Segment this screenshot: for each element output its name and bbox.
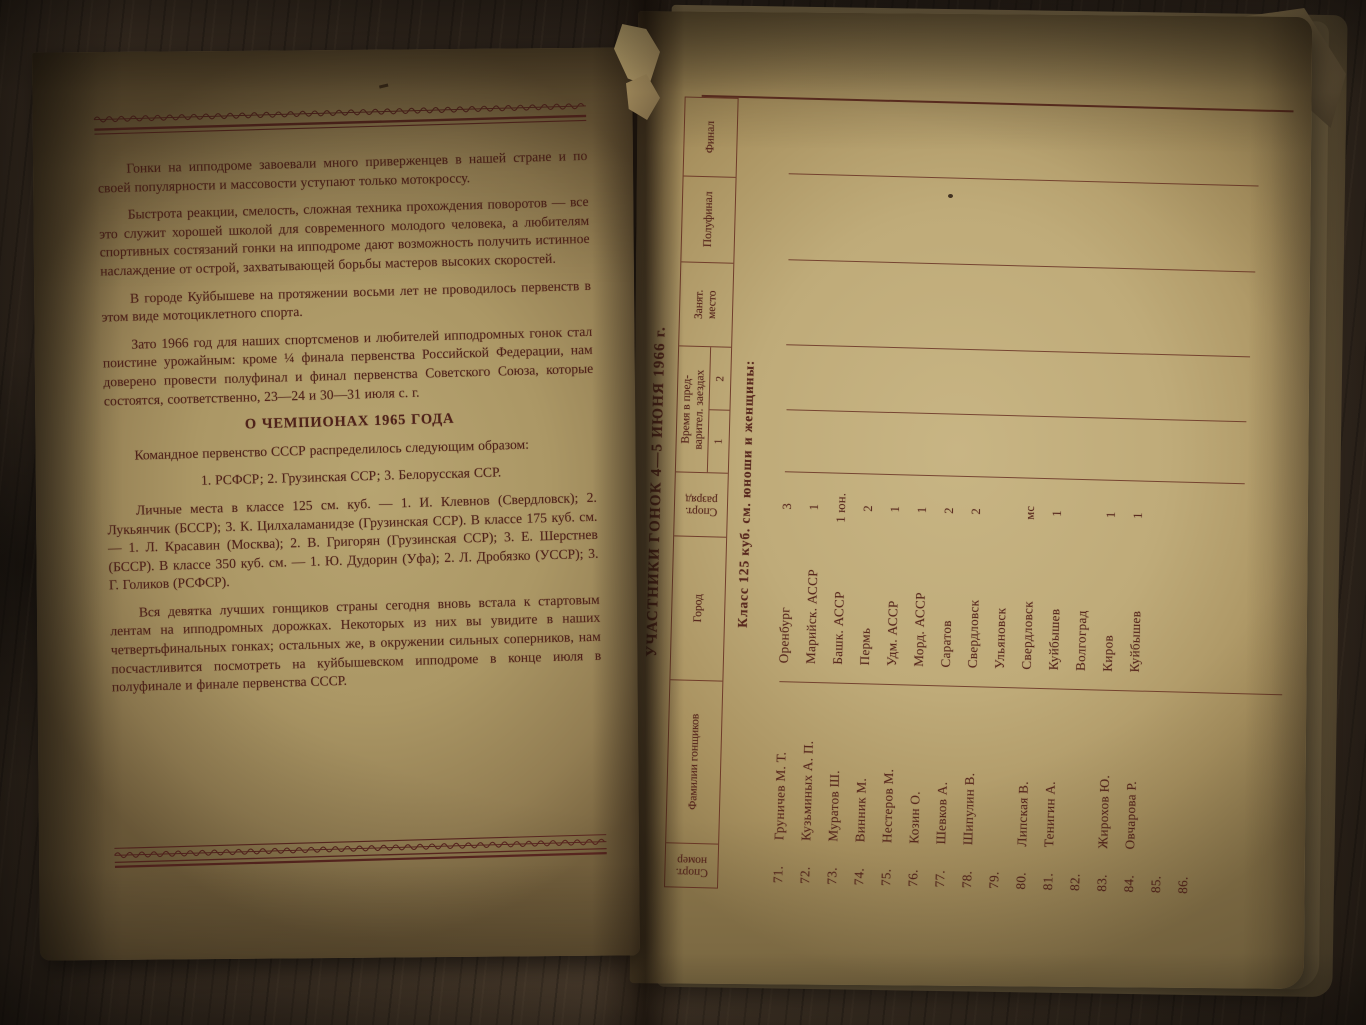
racer-name: Шипулин В.: [960, 687, 980, 851]
racer-rank: [1192, 485, 1194, 549]
racer-rank: 1: [914, 478, 931, 542]
racer-city: Пермь: [856, 540, 876, 684]
col-header-name-label: Фамилии гонщиков: [687, 714, 702, 810]
racer-name: Липская В.: [1014, 688, 1034, 852]
sport-number: 80.: [1012, 852, 1029, 896]
paragraph: Командное первенство СССР распределилось…: [105, 434, 595, 466]
paragraph: Быстрота реакции, смелость, сложная техн…: [98, 193, 590, 281]
col-header-semifinal: Полуфинал: [681, 175, 735, 262]
racer-rank: мс: [1022, 480, 1039, 544]
sport-number: 76.: [904, 850, 921, 894]
paragraph: Вся девятка лучших гонщиков страны сегод…: [110, 591, 602, 698]
racer-name: Козин О.: [906, 686, 926, 850]
col-header-time: Время в пред- варител. заездах 1 2: [676, 346, 731, 473]
col-header-rank-line1: Спорт.: [685, 504, 718, 517]
racer-rank: 1: [806, 475, 823, 539]
racer-name: Муратов Ш.: [825, 683, 845, 847]
racer-name: [1156, 692, 1160, 856]
ornament-rule-bottom: [112, 831, 609, 871]
col-header-rank: Спорт. разряд: [674, 471, 728, 536]
racer-name: Жирохов Ю.: [1094, 691, 1114, 855]
sport-number: 85.: [1147, 856, 1164, 900]
col-header-number-line1: Спорт.: [675, 865, 708, 878]
racer-rank: [1084, 482, 1086, 546]
racer-city: [1161, 548, 1165, 692]
racer-city: Башк. АССР: [829, 539, 849, 683]
col-header-city-label: Город: [691, 594, 705, 623]
racer-name: Шевков А.: [933, 686, 953, 850]
col-header-rank-line2: разряд: [685, 492, 718, 505]
racer-city: Саратов: [937, 542, 957, 686]
col-header-number-line2: номер: [675, 853, 708, 866]
racer-city: Куйбышев: [1126, 547, 1146, 691]
racer-rank: 2: [968, 479, 985, 543]
racer-name: Винник М.: [852, 684, 872, 848]
racer-rank: [1003, 480, 1005, 544]
paragraph: Личные места в классе 125 см. куб. — 1. …: [107, 489, 599, 596]
racer-name: [1183, 693, 1187, 857]
racer-city: Удм. АССР: [883, 541, 903, 685]
racer-name: Нестеров М.: [879, 685, 899, 849]
racer-rank: 1: [1103, 483, 1120, 547]
sport-number: 77.: [931, 850, 948, 894]
col-header-place-line2: место: [706, 290, 720, 319]
sport-number: 82.: [1066, 854, 1083, 898]
col-header-semifinal-label: Полуфинал: [701, 191, 715, 247]
racer-name: [1075, 690, 1079, 854]
col-header-number: Спорт. номер: [665, 842, 718, 887]
participants-rows: 71.Груничев М. Т.Оренбург3 72.Кузьминых …: [764, 99, 1217, 901]
racer-city: Киров: [1099, 547, 1119, 691]
racer-rank: 1: [887, 477, 904, 541]
sport-number: 86.: [1174, 857, 1191, 901]
racer-city: Оренбург: [775, 538, 795, 682]
sport-number: 74.: [850, 848, 867, 892]
left-page-content: Гонки на ипподроме завоевали много приве…: [28, 42, 653, 966]
sport-number: 84.: [1120, 855, 1137, 899]
participants-table: УЧАСТНИКИ ГОНОК 4—5 ИЮНЯ 1966 г. Спорт. …: [636, 83, 1317, 906]
col-header-final: Финал: [684, 97, 738, 176]
racer-city: Свердловск: [964, 543, 984, 687]
racer-name: Овчарова Р.: [1121, 691, 1141, 855]
sport-number: 83.: [1093, 854, 1110, 898]
racer-name: Тенигин А.: [1040, 689, 1060, 853]
racer-city: Свердловск: [1018, 544, 1038, 688]
col-header-name: Фамилии гонщиков: [666, 679, 722, 844]
col-header-time-line2: варител. заездах: [692, 370, 707, 450]
racer-city: Куйбышев: [1045, 545, 1065, 689]
left-page: Гонки на ипподроме завоевали много приве…: [32, 47, 640, 960]
paragraph: Гонки на ипподроме завоевали много приве…: [97, 147, 588, 198]
racer-rank: 1: [1130, 483, 1147, 547]
sport-number: 71.: [769, 846, 786, 890]
paragraph: Зато 1966 год для наших спортсменов и лю…: [102, 323, 594, 411]
racer-rank: 1: [1049, 481, 1066, 545]
racer-name: [995, 688, 999, 852]
racer-city: Морд. АССР: [910, 542, 930, 686]
table-header-row: Спорт. номер Фамилии гонщиков Город Спор…: [664, 96, 739, 888]
col-header-place-line1: Занят.: [693, 290, 707, 320]
sport-number: 78.: [958, 851, 975, 895]
ink-speck: [948, 194, 953, 198]
ornament-rule-top: [92, 99, 589, 139]
right-page: УЧАСТНИКИ ГОНОК 4—5 ИЮНЯ 1966 г. Спорт. …: [630, 11, 1312, 989]
col-header-heat-2: 2: [709, 348, 731, 411]
sport-number: 72.: [796, 847, 813, 891]
racer-rank: 1 юн.: [833, 476, 850, 540]
col-header-place: Занят. место: [679, 261, 733, 347]
racer-rank: [1165, 484, 1167, 548]
team-results-line: 1. РСФСР; 2. Грузинская ССР; 3. Белорусс…: [106, 461, 596, 493]
sport-number: 75.: [877, 849, 894, 893]
racer-rank: 2: [860, 476, 877, 540]
participants-table-rotated: УЧАСТНИКИ ГОНОК 4—5 ИЮНЯ 1966 г. Спорт. …: [636, 83, 1319, 908]
racer-city: Марийск. АССР: [802, 539, 822, 683]
sport-number: 79.: [985, 852, 1002, 896]
article-text: Гонки на ипподроме завоевали много приве…: [97, 147, 602, 706]
racer-rank: 3: [779, 474, 796, 538]
photo-of-open-booklet: УЧАСТНИКИ ГОНОК 4—5 ИЮНЯ 1966 г. Спорт. …: [0, 0, 1366, 1025]
racer-name: Кузьминых А. П.: [798, 683, 818, 847]
section-heading: О ЧЕМПИОНАХ 1965 ГОДА: [104, 406, 594, 438]
racer-city: [1188, 549, 1192, 693]
racer-city: Волгоград: [1072, 546, 1092, 690]
col-header-city: Город: [670, 535, 726, 680]
col-header-final-label: Финал: [704, 121, 718, 154]
racer-rank: 2: [941, 478, 958, 542]
binding-mark: [379, 84, 388, 89]
paragraph: В городе Куйбышеве на протяжении восьми …: [101, 276, 592, 327]
sport-number: 73.: [823, 847, 840, 891]
racer-city: Ульяновск: [991, 544, 1011, 688]
sport-number: 81.: [1039, 853, 1056, 897]
racer-name: Груничев М. Т.: [771, 682, 791, 846]
col-header-heat-1: 1: [708, 410, 730, 472]
